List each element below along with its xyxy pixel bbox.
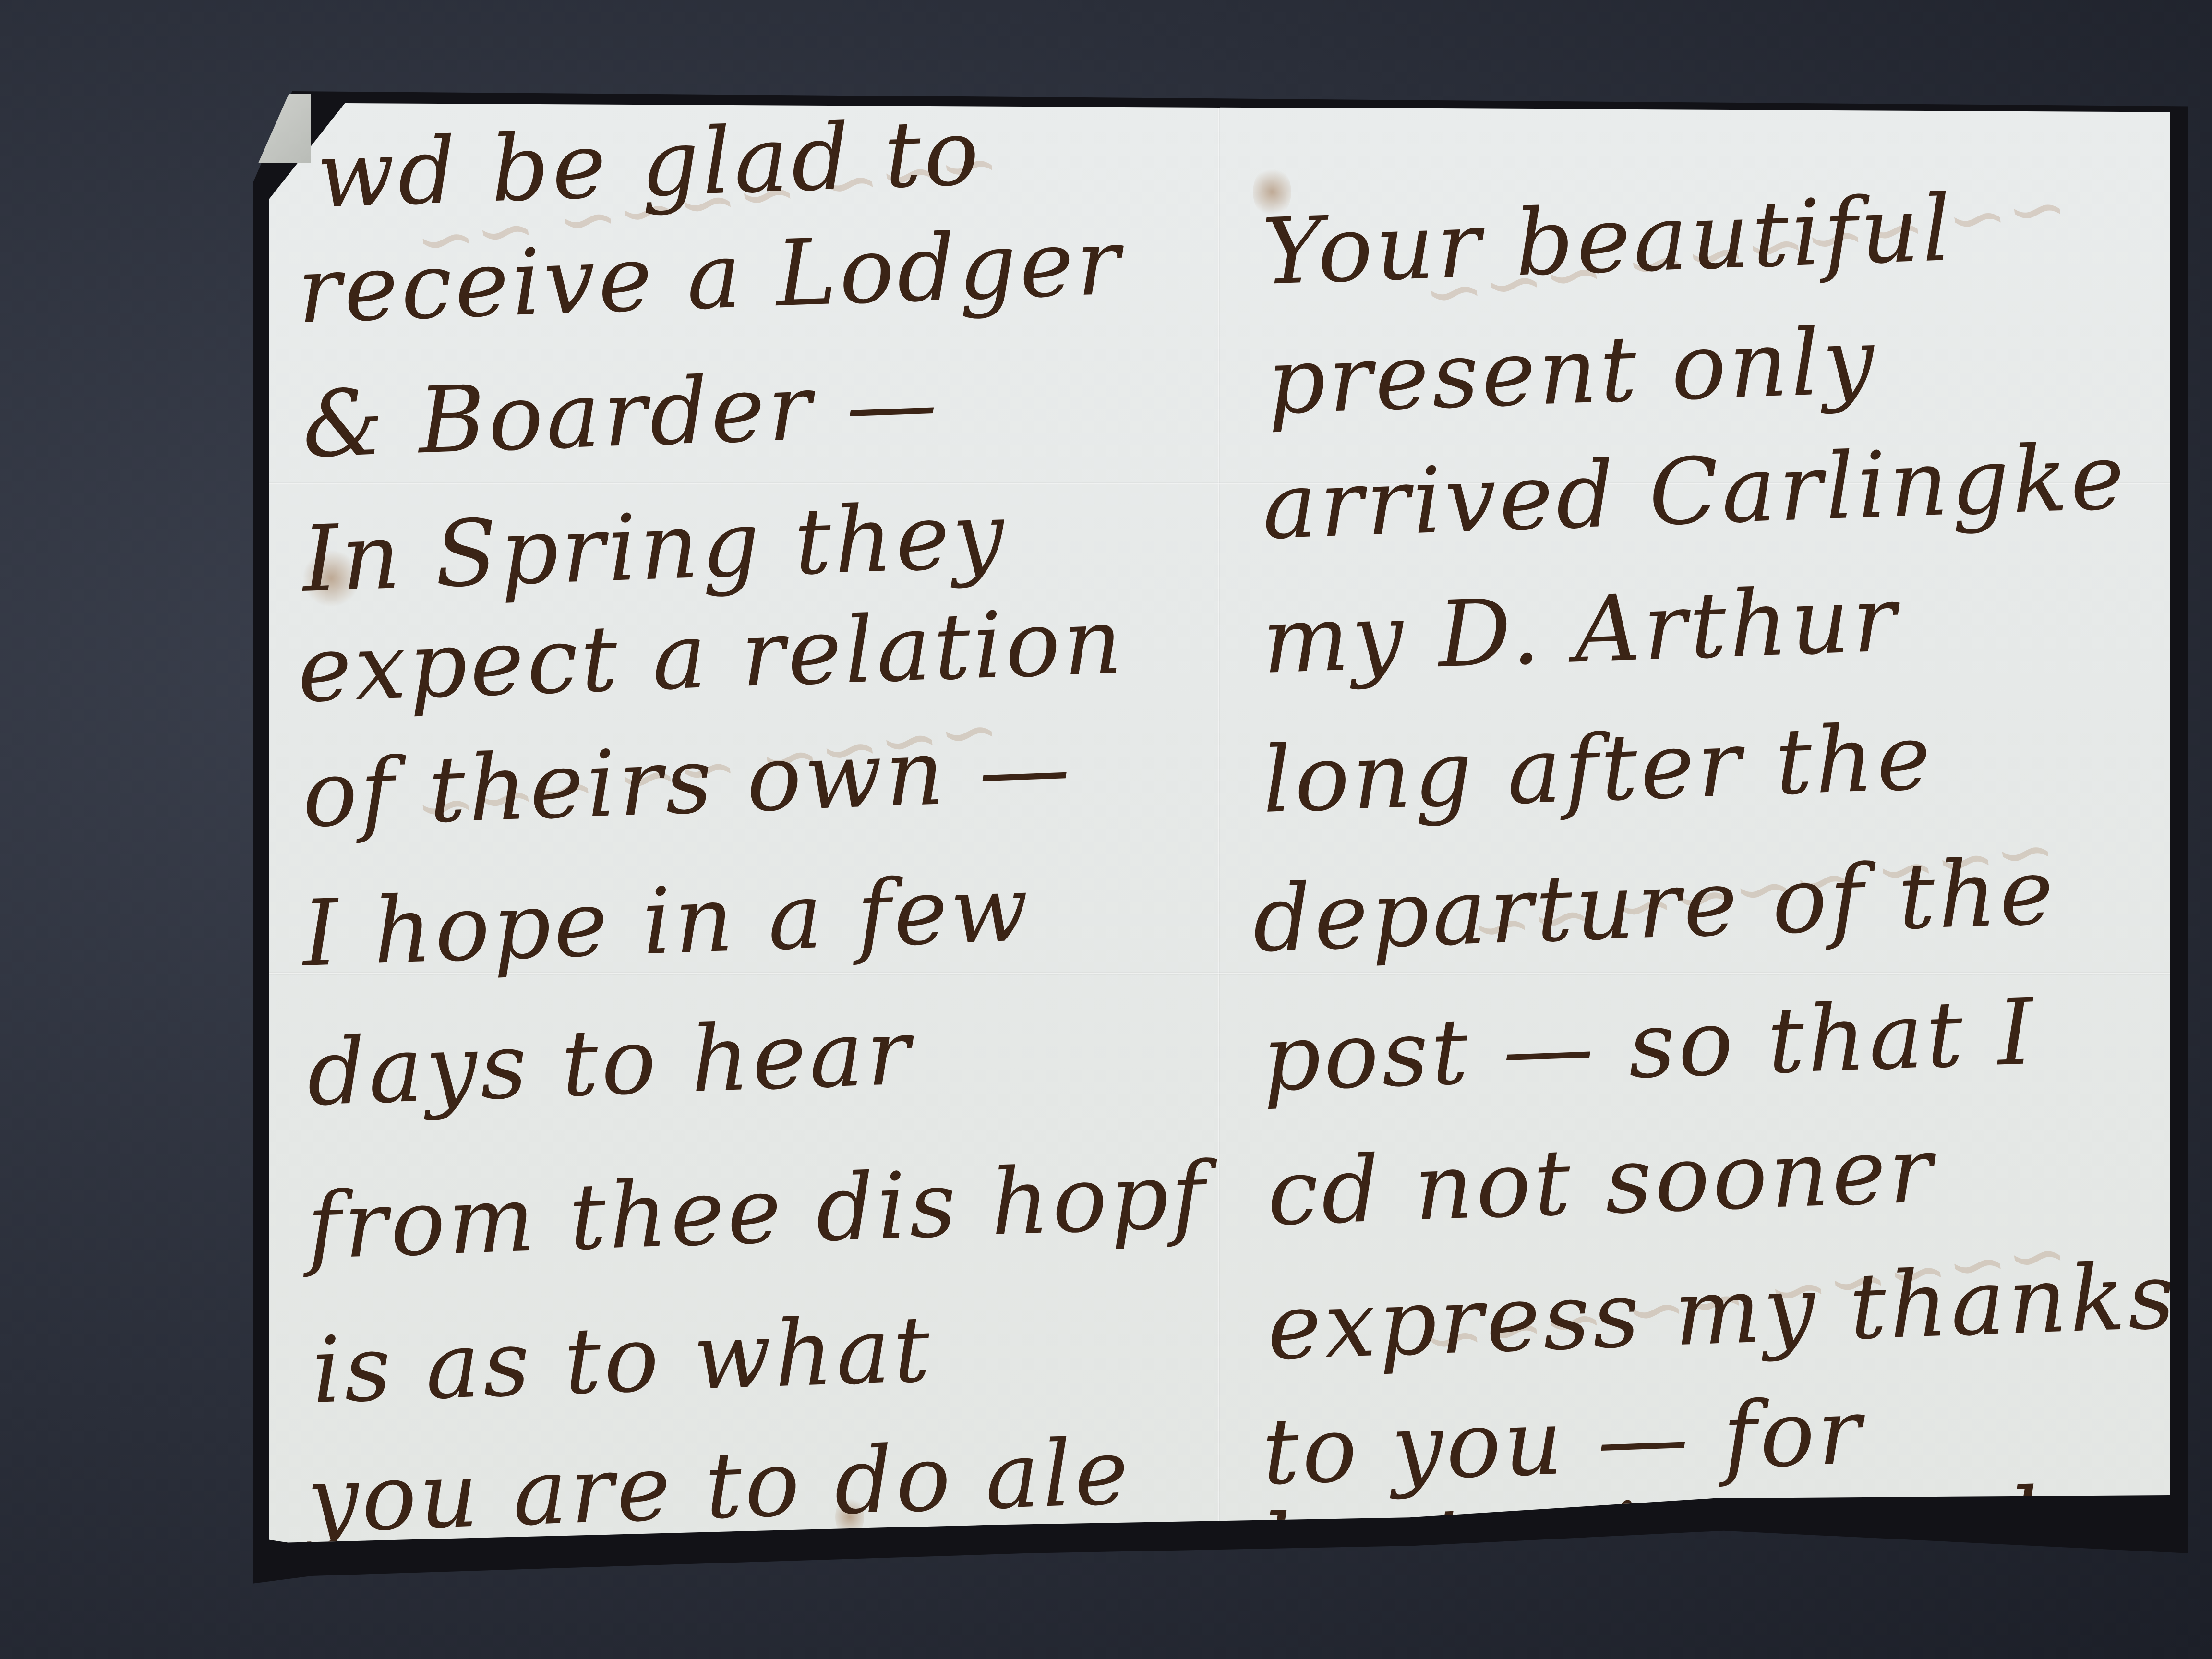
handwritten-line: present only <box>1265 308 1879 435</box>
handwritten-line: cd not sooner <box>1265 1117 1937 1246</box>
handwritten-line: days to hear <box>305 999 914 1126</box>
handwritten-line: post — so that I <box>1261 979 2038 1112</box>
handwritten-line: express my thanks <box>1265 1243 2170 1381</box>
handwritten-line: my D. Arthur <box>1261 566 1900 694</box>
handwritten-line: In Spring they <box>301 482 1009 613</box>
handwritten-line: from thee dis hopf <box>305 1142 1210 1280</box>
folded-corner <box>258 94 311 163</box>
handwritten-line: wd be glad to <box>315 103 983 228</box>
vertical-fold-crease <box>1217 103 1220 1584</box>
handwritten-line: receive a Lodger <box>296 209 1124 344</box>
handwritten-line: of theirs own — <box>301 715 1074 848</box>
letter-sheet: ~~~ ~~~~ ~~ ~~ ~~~~~ ~~~ ~~~~ ~~ ~~~ ~~~… <box>269 103 2170 1584</box>
handwritten-line: & Boarder — <box>301 350 942 478</box>
handwritten-line: Your beautiful <box>1261 175 1956 305</box>
handwritten-line: arrived Carlingke <box>1261 423 2129 560</box>
handwritten-line: I hope in a few <box>301 855 1033 987</box>
handwritten-line: departure of the <box>1251 839 2058 973</box>
handwritten-line: long after the <box>1261 704 1935 833</box>
handwritten-line: is as to what <box>310 1296 935 1424</box>
